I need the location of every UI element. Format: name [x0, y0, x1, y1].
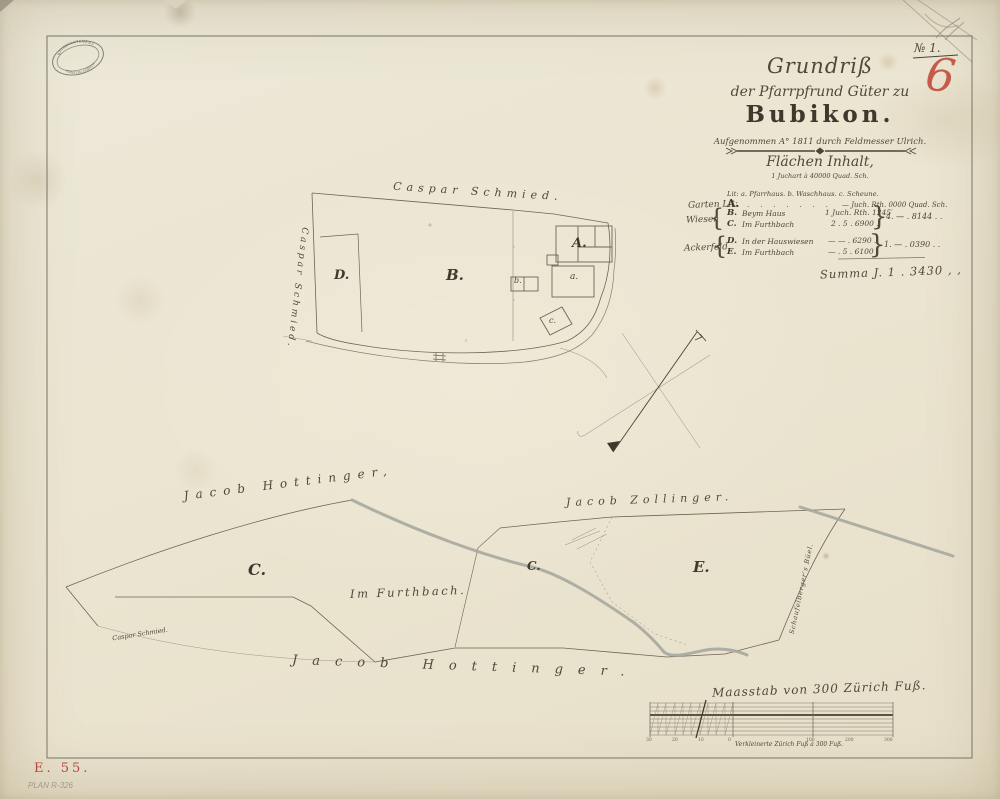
legend-line: Lit: a. Pfarrhaus. b. Waschhaus. c. Sche… — [727, 190, 879, 198]
archive-stamp: BAUDEPARTEMENT KANTON ZÜRICH — [48, 33, 108, 81]
building-label-b: b. — [514, 276, 522, 285]
area-note: 1 Juchart à 40000 Quad. Sch. — [690, 172, 950, 180]
scale-tick-20: 20 — [672, 738, 678, 743]
north-arrow — [578, 330, 710, 452]
scale-tick-30: 30 — [646, 738, 652, 743]
scale-tick-100: 100 — [806, 738, 815, 743]
map-sheet: BAUDEPARTEMENT KANTON ZÜRICH — [0, 0, 1000, 799]
upper-plot-outline — [283, 193, 616, 378]
shelf-mark-pencil: PLAN R-326 — [28, 781, 73, 790]
table-acker-brace-open: { — [712, 232, 727, 260]
table-wiesen-sum: 4. — . 8144 . . — [886, 212, 942, 221]
parcel-label-c-mid: C. — [527, 559, 541, 573]
table-row-c-desc: Im Furthbach — [742, 220, 794, 229]
place-name: Bubikon. — [690, 101, 950, 128]
table-acker-sum: 1. — . 0390 . . — [884, 240, 940, 249]
table-row-e-letter: E. — [727, 247, 736, 257]
table-wiesen-brace-open: { — [709, 204, 724, 232]
building-label-a: a. — [570, 272, 578, 282]
table-row-e-desc: Im Furthbach — [742, 248, 794, 257]
area-heading: Flächen Inhalt, — [690, 154, 950, 170]
map-subtitle: der Pfarrpfrund Güter zu — [690, 84, 950, 100]
shelf-mark-red: E. 55. — [34, 761, 90, 776]
parcel-label-b: B. — [446, 266, 464, 284]
map-title: Grundriß — [690, 54, 950, 78]
lower-plot-outline — [66, 500, 845, 662]
table-row-d-desc: In der Hauswiesen — [742, 237, 813, 246]
table-row-d-letter: D. — [727, 236, 737, 246]
scale-bar — [650, 700, 893, 738]
survey-note: Aufgenommen A° 1811 durch Feldmesser Ulr… — [690, 137, 950, 147]
scale-subcaption: Verkleinerte Zürich Fuß à 300 Fuß. — [735, 741, 843, 748]
table-garten-dots: . . . . . . . — [747, 200, 832, 209]
table-row-c-letter: C. — [727, 219, 737, 229]
scale-tick-10: 10 — [698, 738, 704, 743]
building-label-c: c. — [549, 316, 556, 325]
parcel-label-e: E. — [693, 558, 710, 576]
scale-tick-0: 0 — [728, 738, 731, 743]
scale-tick-200: 200 — [845, 738, 854, 743]
table-row-b-desc: Beym Haus — [742, 209, 785, 218]
parcel-label-d: D. — [334, 268, 349, 283]
parcel-label-c: C. — [248, 560, 266, 579]
table-row-b-letter: B. — [727, 208, 737, 218]
scale-tick-300: 300 — [884, 738, 893, 743]
parcel-label-a: A. — [572, 236, 587, 251]
